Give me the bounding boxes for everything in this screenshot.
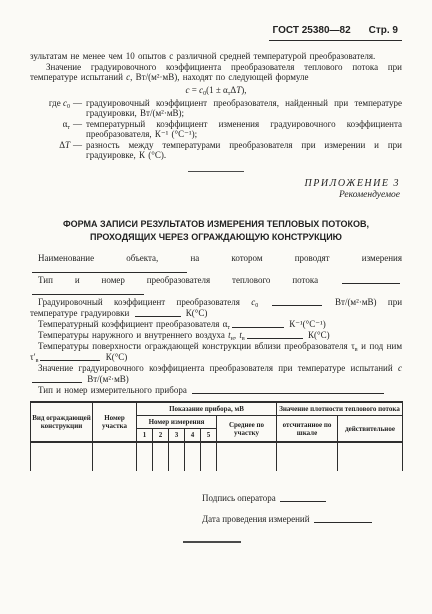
empty-cell	[277, 442, 338, 471]
body-paragraph: зультатам не менее чем 10 опытов с разли…	[30, 51, 402, 62]
blank-field	[314, 514, 372, 523]
col-scale-reading: отсчитанное по шкале	[277, 416, 338, 443]
operator-signature-line: Подпись оператора	[202, 493, 402, 504]
table-row	[31, 442, 403, 471]
blank-field	[32, 286, 144, 295]
document-page: ГОСТ 25380—82 Стр. 9 зультатам не менее …	[0, 0, 432, 614]
definition-dash: —	[70, 140, 86, 161]
definition-term: ΔT	[30, 140, 70, 161]
empty-cell	[169, 442, 185, 471]
definition-text: градуировочный коэффициент преобразовате…	[86, 98, 402, 119]
col-section-number: Номер участка	[93, 402, 137, 442]
measurement-number: 3	[169, 429, 185, 443]
form-line-object-name: Наименование объекта, на котором проводя…	[30, 253, 402, 275]
page-number: Стр. 9	[369, 25, 398, 36]
blank-field	[32, 264, 187, 273]
definition-list: где c0 — градуировочный коэффициент прео…	[30, 98, 402, 161]
empty-cell	[31, 442, 93, 471]
appendix-block: ПРИЛОЖЕНИЕ 3 Рекомендуемое	[30, 178, 402, 201]
form-line-calibration-coefficient: Градуировочный коэффициент преобразовате…	[30, 297, 402, 319]
empty-cell	[185, 442, 201, 471]
measurement-number: 1	[137, 429, 153, 443]
definition-item: где c0 — градуировочный коэффициент прео…	[30, 98, 402, 119]
empty-cell	[93, 442, 137, 471]
blank-field	[247, 330, 303, 339]
form-line-transducer-type: Тип и номер преобразователя теплового по…	[30, 275, 402, 297]
col-section-average: Среднее по участку	[217, 416, 277, 443]
group-heat-flux-density: Значение плотности теплового потока	[277, 402, 403, 416]
blank-field	[192, 385, 384, 394]
blank-field	[40, 352, 100, 361]
blank-field	[280, 493, 326, 502]
measurement-number: 2	[153, 429, 169, 443]
form-title: ФОРМА ЗАПИСИ РЕЗУЛЬТАТОВ ИЗМЕРЕНИЯ ТЕПЛО…	[51, 218, 381, 244]
appendix-title: ПРИЛОЖЕНИЕ 3	[30, 178, 400, 190]
definition-text: температурный коэффициент изменения град…	[86, 119, 402, 140]
definition-dash: —	[70, 119, 86, 140]
form-line-temperature-coefficient: Температурный коэффициент преобразовател…	[30, 319, 402, 330]
body-paragraph: Значение градуировочного коэффициента пр…	[30, 62, 402, 83]
form-fields: Наименование объекта, на котором проводя…	[30, 253, 402, 396]
end-divider	[183, 541, 241, 543]
measurement-number: 4	[185, 429, 201, 443]
empty-cell	[217, 442, 277, 471]
form-line-surface-temperatures: Температуры поверхности ограждающей конс…	[30, 341, 402, 363]
blank-field	[272, 297, 322, 306]
measurements-table: Вид ограждающей конструкции Номер участк…	[30, 401, 403, 471]
definition-term: где c0	[30, 98, 70, 119]
col-construction-type: Вид ограждающей конструкции	[31, 402, 93, 442]
blank-field	[342, 275, 400, 284]
definition-item: ΔT — разность между температурами преобр…	[30, 140, 402, 161]
form-line-instrument-type: Тип и номер измерительного прибора	[30, 385, 402, 396]
section-divider	[188, 171, 244, 173]
empty-cell	[153, 442, 169, 471]
definition-item: αт — температурный коэффициент изменения…	[30, 119, 402, 140]
measurement-date-line: Дата проведения измерений	[202, 514, 402, 525]
doc-number: ГОСТ 25380—82	[273, 25, 351, 36]
group-measurement-number: Номер измерения	[137, 416, 217, 429]
form-line-test-coefficient: Значение градуировочного коэффициента пр…	[30, 363, 402, 385]
appendix-note: Рекомендуемое	[30, 190, 400, 201]
definition-term: αт	[30, 119, 70, 140]
form-line-air-temperatures: Температуры наружного и внутреннего возд…	[30, 330, 402, 341]
empty-cell	[137, 442, 153, 471]
blank-field	[232, 319, 284, 328]
definition-text: разность между температурами преобразова…	[86, 140, 402, 161]
blank-field	[32, 374, 82, 383]
blank-field	[135, 308, 181, 317]
empty-cell	[201, 442, 217, 471]
signature-block: Подпись оператора Дата проведения измере…	[202, 493, 402, 525]
formula: c = c0(1 ± αтΔT),	[30, 85, 402, 96]
definition-dash: —	[70, 98, 86, 119]
empty-cell	[338, 442, 403, 471]
header-rule: ГОСТ 25380—82 Стр. 9	[269, 25, 402, 41]
col-actual-value: действительное	[338, 416, 403, 443]
measurement-number: 5	[201, 429, 217, 443]
page-header: ГОСТ 25380—82 Стр. 9	[30, 20, 402, 41]
group-instrument-reading: Показание прибора, мВ	[137, 402, 277, 416]
